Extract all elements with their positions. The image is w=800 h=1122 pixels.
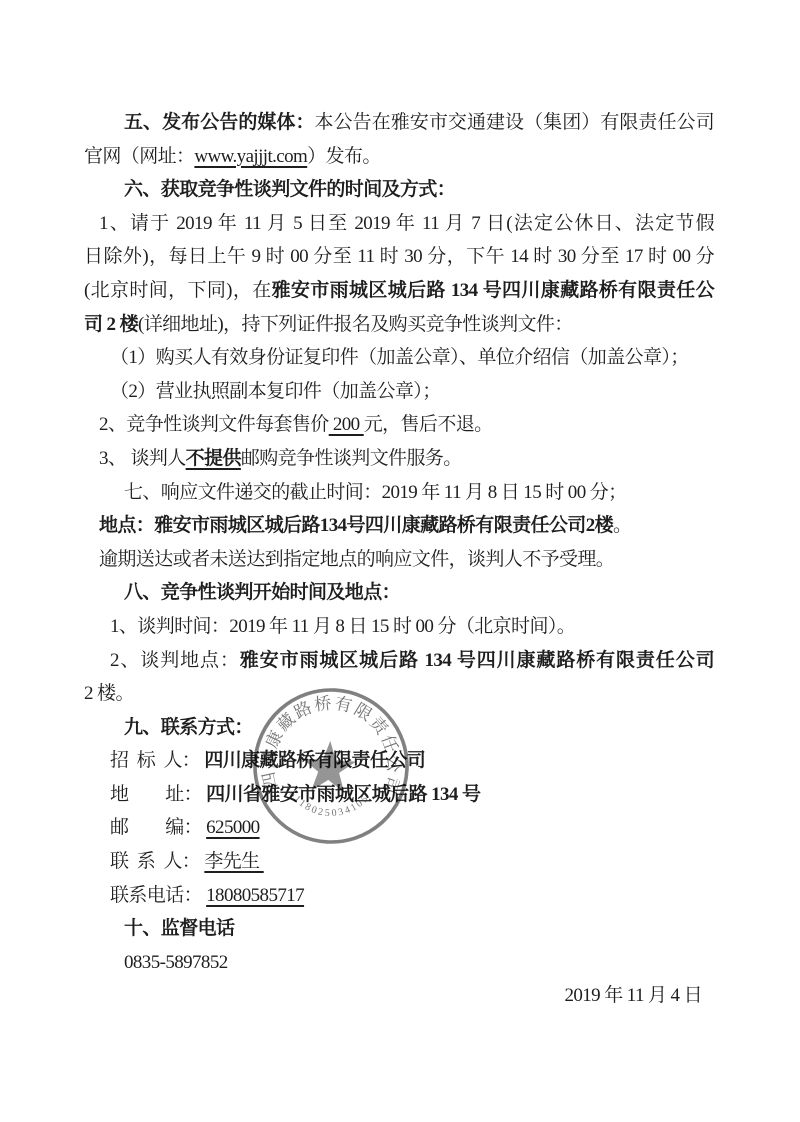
document-body: 五、发布公告的媒体：本公告在雅安市交通建设（集团）有限责任公司官网（网址：www… (84, 106, 714, 1013)
line-contact-person: 联 系 人： 李先生 (84, 845, 714, 879)
line-sec6-item3-text: 3、 谈判人 (99, 448, 186, 469)
line-contact-bidder: 招 标 人： 四川康藏路桥有限责任公司 (84, 744, 714, 778)
line-sec8-heading-text: 八、竞争性谈判开始时间及地点： (124, 582, 400, 603)
line-contact-postcode-text: 邮 编： (110, 817, 206, 838)
line-sec5-2-text: www.yajjjt.com (194, 146, 307, 167)
line-sec8-item2b-text: 2 楼。 (84, 683, 134, 704)
scanned-document-page: 五、发布公告的媒体：本公告在雅安市交通建设（集团）有限责任公司官网（网址：www… (0, 0, 800, 1122)
line-contact-person-text: 联 系 人： (110, 851, 204, 872)
line-sec5-2: 官网（网址：www.yajjjt.com）发布。 (84, 140, 714, 174)
line-sec7: 七、响应文件递交的截止时间：2019 年 11 月 8 日 15 时 00 分； (84, 476, 714, 510)
line-contact-phone-text: 联系电话： (110, 885, 206, 906)
line-sec6-item1d-text: 司 2 楼 (84, 314, 138, 335)
line-sec6-item3-text: 不提供 (186, 448, 241, 469)
line-sec10-heading-text: 十、监督电话 (124, 918, 234, 939)
line-date: 2019 年 11 月 4 日 (84, 979, 714, 1013)
line-sec5-2-text: 官网（网址： (84, 146, 194, 167)
line-contact-postcode-text: 625000 (206, 817, 259, 838)
line-sec8-item1-text: 1、谈判时间：2019 年 11 月 8 日 15 时 00 分（北京时间）。 (110, 616, 575, 637)
line-contact-postcode: 邮 编： 625000 (84, 811, 714, 845)
line-sec6-item1b-text: 日除外)，每日上午 9 时 00 分至 11 时 30 分，下午 14 时 30… (84, 246, 714, 267)
line-sec6-item2: 2、竞争性谈判文件每套售价 200 元，售后不退。 (84, 408, 714, 442)
line-contact-bidder-text: 四川康藏路桥有限责任公司 (204, 750, 425, 771)
line-contact-phone-text: 18080585717 (206, 885, 304, 906)
line-sec6-item1d: 司 2 楼(详细地址)，持下列证件报名及购买竞争性谈判文件： (84, 308, 714, 342)
line-sec6-item1-doc2-text: （2）营业执照副本复印件（加盖公章）； (110, 381, 441, 402)
line-sec6-item1c: (北京时间，下同)，在雅安市雨城区城后路 134 号四川康藏路桥有限责任公 (84, 274, 714, 308)
line-sec8-item2b: 2 楼。 (84, 677, 714, 711)
line-sec6-item3-text: 邮购竞争性谈判文件服务。 (241, 448, 462, 469)
line-sec6-item3: 3、 谈判人不提供邮购竞争性谈判文件服务。 (84, 442, 714, 476)
line-sec7-note-text: 逾期送达或者未送达到指定地点的响应文件，谈判人不予受理。 (99, 549, 614, 570)
line-sec8-heading: 八、竞争性谈判开始时间及地点： (84, 576, 714, 610)
line-sec6-item1c-text: (北京时间，下同)，在 (84, 280, 272, 301)
line-sec6-item1d-text: (详细地址)，持下列证件报名及购买竞争性谈判文件： (138, 314, 573, 335)
line-contact-address: 地 址： 四川省雅安市雨城区城后路 134 号 (84, 778, 714, 812)
line-sec6-heading: 六、获取竞争性谈判文件的时间及方式： (84, 173, 714, 207)
line-sec6-item1-doc1-text: （1）购买人有效身份证复印件（加盖公章）、单位介绍信（加盖公章）； (110, 347, 689, 368)
line-contact-person-text: 李先生 (204, 851, 263, 872)
line-sec6-item2-text: 2、竞争性谈判文件每套售价 (99, 414, 329, 435)
line-sec7-note: 逾期送达或者未送达到指定地点的响应文件，谈判人不予受理。 (84, 543, 714, 577)
line-sec6-item1a: 1、请于 2019 年 11 月 5 日至 2019 年 11 月 7 日(法定… (84, 207, 714, 241)
line-sec9-heading: 九、联系方式： (84, 711, 714, 745)
line-sec7-location-text: 地点：雅安市雨城区城后路134号四川康藏路桥有限责任公司2楼 (99, 515, 613, 536)
line-sec7-location: 地点：雅安市雨城区城后路134号四川康藏路桥有限责任公司2楼。 (84, 509, 714, 543)
line-supervision-phone-text: 0835-5897852 (124, 952, 228, 973)
line-sec6-item1-doc2: （2）营业执照副本复印件（加盖公章）； (84, 375, 714, 409)
line-sec10-heading: 十、监督电话 (84, 912, 714, 946)
line-sec8-item2a-text: 2、谈判地点： (110, 650, 240, 671)
line-sec7-location-text: 。 (613, 515, 631, 536)
line-sec7-text: 七、响应文件递交的截止时间：2019 年 11 月 8 日 15 时 00 分； (124, 482, 627, 503)
line-sec6-item2-text: 元，售后不退。 (364, 414, 493, 435)
line-sec6-item1b: 日除外)，每日上午 9 时 00 分至 11 时 30 分，下午 14 时 30… (84, 240, 714, 274)
line-sec6-item1a-text: 1、请于 2019 年 11 月 5 日至 2019 年 11 月 7 日(法定… (99, 213, 714, 234)
line-sec5-1-text: 五、发布公告的媒体： (124, 112, 315, 133)
line-sec6-item1-doc1: （1）购买人有效身份证复印件（加盖公章）、单位介绍信（加盖公章）； (84, 341, 714, 375)
line-sec8-item2a: 2、谈判地点：雅安市雨城区城后路 134 号四川康藏路桥有限责任公司 (84, 644, 714, 678)
line-sec8-item1: 1、谈判时间：2019 年 11 月 8 日 15 时 00 分（北京时间）。 (84, 610, 714, 644)
line-sec8-item2a-text: 雅安市雨城区城后路 134 号四川康藏路桥有限责任公司 (240, 650, 714, 671)
line-contact-phone: 联系电话： 18080585717 (84, 879, 714, 913)
line-sec5-2-text: ）发布。 (307, 146, 381, 167)
line-contact-address-text: 地 址： (110, 784, 206, 805)
line-contact-address-text: 四川省雅安市雨城区城后路 134 号 (206, 784, 480, 805)
line-date-text: 2019 年 11 月 4 日 (564, 985, 702, 1006)
line-contact-bidder-text: 招 标 人： (110, 750, 204, 771)
line-sec5-1-text: 本公告在雅安市交通建设（集团）有限责任公司 (315, 112, 714, 133)
line-sec9-heading-text: 九、联系方式： (124, 717, 253, 738)
line-sec5-1: 五、发布公告的媒体：本公告在雅安市交通建设（集团）有限责任公司 (84, 106, 714, 140)
line-sec6-item1c-text: 雅安市雨城区城后路 134 号四川康藏路桥有限责任公 (272, 280, 714, 301)
line-sec6-item2-text: 200 (329, 414, 364, 435)
line-supervision-phone: 0835-5897852 (84, 946, 714, 980)
line-sec6-heading-text: 六、获取竞争性谈判文件的时间及方式： (124, 179, 455, 200)
